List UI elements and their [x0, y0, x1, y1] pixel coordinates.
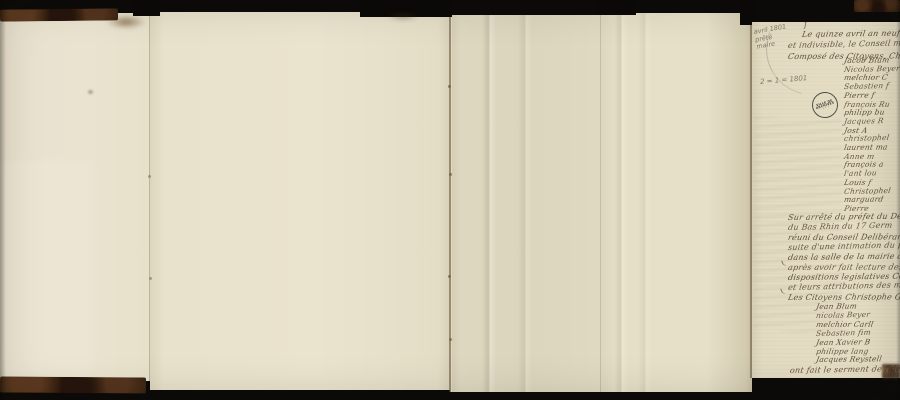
leather-binding-top-left — [0, 8, 118, 21]
paper-crease — [482, 15, 496, 392]
paper-crease — [614, 13, 628, 392]
archive-stamp-text: VILLE DE ARCHIVES · · · — [815, 98, 835, 111]
paper-crease — [638, 13, 652, 392]
stitch-dot — [449, 173, 452, 176]
handwriting-line: et indivisible, le Conseil munici — [787, 37, 900, 51]
blank-leaf-3 — [450, 15, 600, 392]
stitch-dot — [149, 277, 152, 280]
ink-stain — [386, 12, 420, 21]
name-list-second: Jean Blumnicolas Beyermelchior CarllSeba… — [816, 303, 882, 365]
page-seam — [149, 13, 150, 381]
handwritten-page: avril 1801 prêté maire 2 = 1 = 1801 ſ Le… — [752, 22, 900, 378]
body-paragraph: Sur arrêté du préfet du Départemdu Bas R… — [788, 213, 900, 303]
stitch-dot — [449, 338, 452, 341]
handwriting-line: et leurs attributions des memb — [787, 280, 900, 293]
blank-leaf-2 — [150, 12, 450, 390]
leather-binding-bottom-right — [882, 364, 900, 379]
speck — [88, 90, 93, 94]
stitch-dot — [448, 275, 451, 278]
top-notch — [598, 0, 636, 15]
page-seam — [449, 15, 451, 392]
stitch-dot — [148, 175, 151, 178]
top-notch — [133, 0, 160, 16]
blank-leaf-1 — [0, 13, 150, 381]
stitch-dot — [448, 85, 451, 88]
leather-binding-bottom-left — [0, 376, 146, 393]
handwriting-line: du Bas Rhin du 17 Germ — [787, 220, 900, 233]
blank-leaf-4 — [600, 13, 752, 392]
pressed-patch — [0, 161, 92, 373]
manuscript-photo: avril 1801 prêté maire 2 = 1 = 1801 ſ Le… — [0, 0, 900, 400]
page-seam — [600, 14, 601, 392]
handwriting-line: dans la salle de la mairie a c — [787, 251, 900, 263]
name-list-first: Jacob BlumNicolas Beyermelchior CSebasti… — [844, 57, 900, 214]
leather-binding-top-right — [854, 0, 900, 12]
paper-crease — [518, 15, 532, 392]
